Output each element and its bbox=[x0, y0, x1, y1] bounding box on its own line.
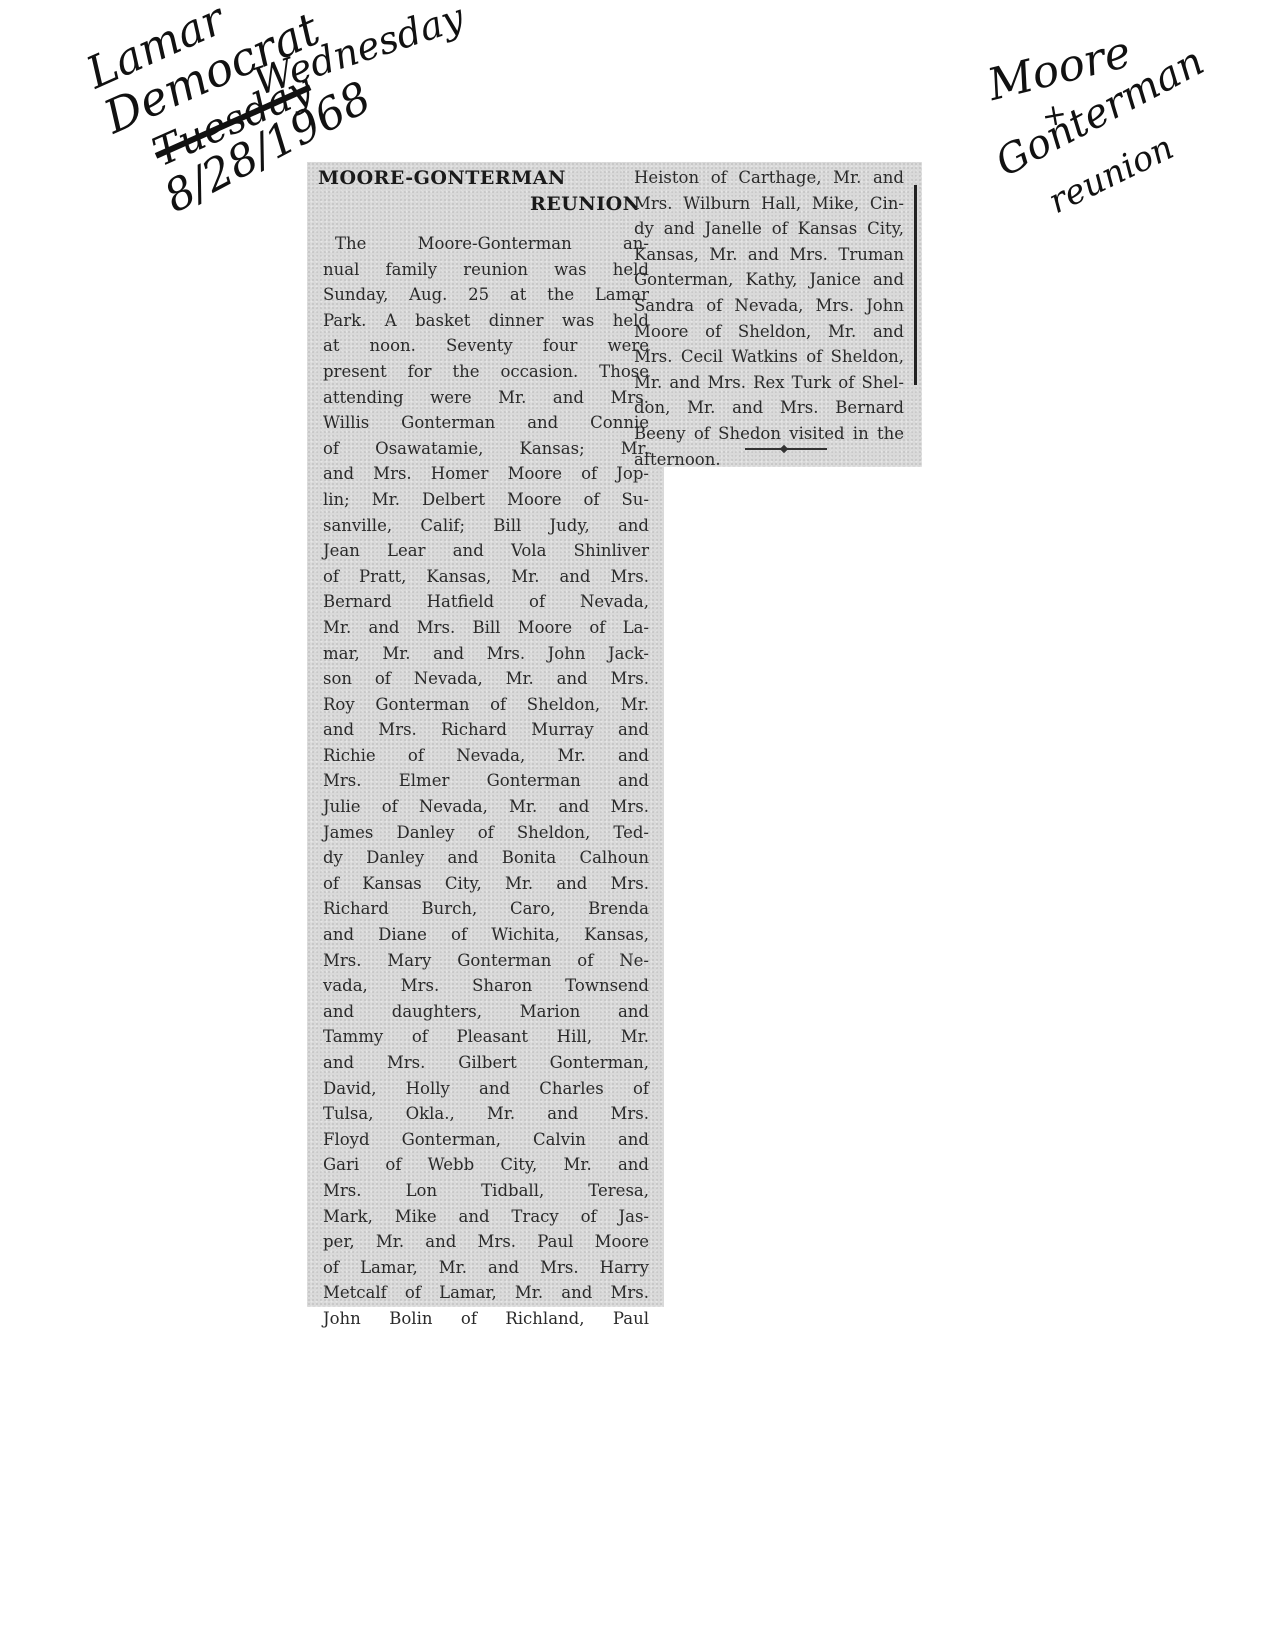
article-line: Gari of Webb City, Mr. and bbox=[323, 1152, 649, 1178]
article-line: Beeny of Shedon visited in the bbox=[634, 421, 904, 447]
article-line: Roy Gonterman of Sheldon, Mr. bbox=[323, 692, 649, 718]
article-line: attending were Mr. and Mrs. bbox=[323, 385, 649, 411]
article-line: Heiston of Carthage, Mr. and bbox=[634, 165, 904, 191]
article-line: Floyd Gonterman, Calvin and bbox=[323, 1127, 649, 1153]
article-line: Bernard Hatfield of Nevada, bbox=[323, 589, 649, 615]
article-line: Julie of Nevada, Mr. and Mrs. bbox=[323, 794, 649, 820]
article-line: Park. A basket dinner was held bbox=[323, 308, 649, 334]
article-line: Sunday, Aug. 25 at the Lamar bbox=[323, 282, 649, 308]
article-line: Gonterman, Kathy, Janice and bbox=[634, 267, 904, 293]
article-body-right: Heiston of Carthage, Mr. andMrs. Wilburn… bbox=[634, 165, 904, 472]
article-line: lin; Mr. Delbert Moore of Su- bbox=[323, 487, 649, 513]
article-line: Willis Gonterman and Connie bbox=[323, 410, 649, 436]
article-line: David, Holly and Charles of bbox=[323, 1076, 649, 1102]
article-line: Mr. and Mrs. Rex Turk of Shel- bbox=[634, 370, 904, 396]
article-line: Kansas, Mr. and Mrs. Truman bbox=[634, 242, 904, 268]
article-body-left: The Moore-Gonterman an-nual family reuni… bbox=[323, 231, 649, 1332]
article-line: present for the occasion. Those bbox=[323, 359, 649, 385]
article-line: Mrs. Cecil Watkins of Sheldon, bbox=[634, 344, 904, 370]
article-line: don, Mr. and Mrs. Bernard bbox=[634, 395, 904, 421]
article-line: Tulsa, Okla., Mr. and Mrs. bbox=[323, 1101, 649, 1127]
article-line: nual family reunion was held bbox=[323, 257, 649, 283]
article-line: James Danley of Sheldon, Ted- bbox=[323, 820, 649, 846]
article-line: Mrs. Elmer Gonterman and bbox=[323, 768, 649, 794]
article-line: of Pratt, Kansas, Mr. and Mrs. bbox=[323, 564, 649, 590]
end-of-article-mark bbox=[745, 448, 827, 450]
article-line: Mark, Mike and Tracy of Jas- bbox=[323, 1204, 649, 1230]
article-line: The Moore-Gonterman an- bbox=[323, 231, 649, 257]
article-line: John Bolin of Richland, Paul bbox=[323, 1306, 649, 1332]
article-line: and daughters, Marion and bbox=[323, 999, 649, 1025]
article-line: son of Nevada, Mr. and Mrs. bbox=[323, 666, 649, 692]
column-rule bbox=[914, 185, 917, 385]
article-line: dy and Janelle of Kansas City, bbox=[634, 216, 904, 242]
article-line: Tammy of Pleasant Hill, Mr. bbox=[323, 1024, 649, 1050]
article-line: of Lamar, Mr. and Mrs. Harry bbox=[323, 1255, 649, 1281]
article-line: Mrs. Mary Gonterman of Ne- bbox=[323, 948, 649, 974]
headline-line1: MOORE-GONTERMAN bbox=[318, 167, 566, 189]
article-line: Moore of Sheldon, Mr. and bbox=[634, 319, 904, 345]
article-line: dy Danley and Bonita Calhoun bbox=[323, 845, 649, 871]
article-line: and Mrs. Homer Moore of Jop- bbox=[323, 461, 649, 487]
headline-line2: REUNION bbox=[530, 193, 641, 215]
article-line: and Mrs. Gilbert Gonterman, bbox=[323, 1050, 649, 1076]
article-line: and Diane of Wichita, Kansas, bbox=[323, 922, 649, 948]
article-line: afternoon. bbox=[634, 447, 904, 473]
article-line: vada, Mrs. Sharon Townsend bbox=[323, 973, 649, 999]
article-line: Jean Lear and Vola Shinliver bbox=[323, 538, 649, 564]
article-line: sanville, Calif; Bill Judy, and bbox=[323, 513, 649, 539]
article-line: at noon. Seventy four were bbox=[323, 333, 649, 359]
article-line: mar, Mr. and Mrs. John Jack- bbox=[323, 641, 649, 667]
article-line: Metcalf of Lamar, Mr. and Mrs. bbox=[323, 1280, 649, 1306]
article-line: Mr. and Mrs. Bill Moore of La- bbox=[323, 615, 649, 641]
article-line: and Mrs. Richard Murray and bbox=[323, 717, 649, 743]
article-line: Richie of Nevada, Mr. and bbox=[323, 743, 649, 769]
article-line: Mrs. Lon Tidball, Teresa, bbox=[323, 1178, 649, 1204]
article-line: per, Mr. and Mrs. Paul Moore bbox=[323, 1229, 649, 1255]
article-line: of Kansas City, Mr. and Mrs. bbox=[323, 871, 649, 897]
article-line: Sandra of Nevada, Mrs. John bbox=[634, 293, 904, 319]
article-line: Mrs. Wilburn Hall, Mike, Cin- bbox=[634, 191, 904, 217]
article-line: of Osawatamie, Kansas; Mr. bbox=[323, 436, 649, 462]
article-line: Richard Burch, Caro, Brenda bbox=[323, 896, 649, 922]
